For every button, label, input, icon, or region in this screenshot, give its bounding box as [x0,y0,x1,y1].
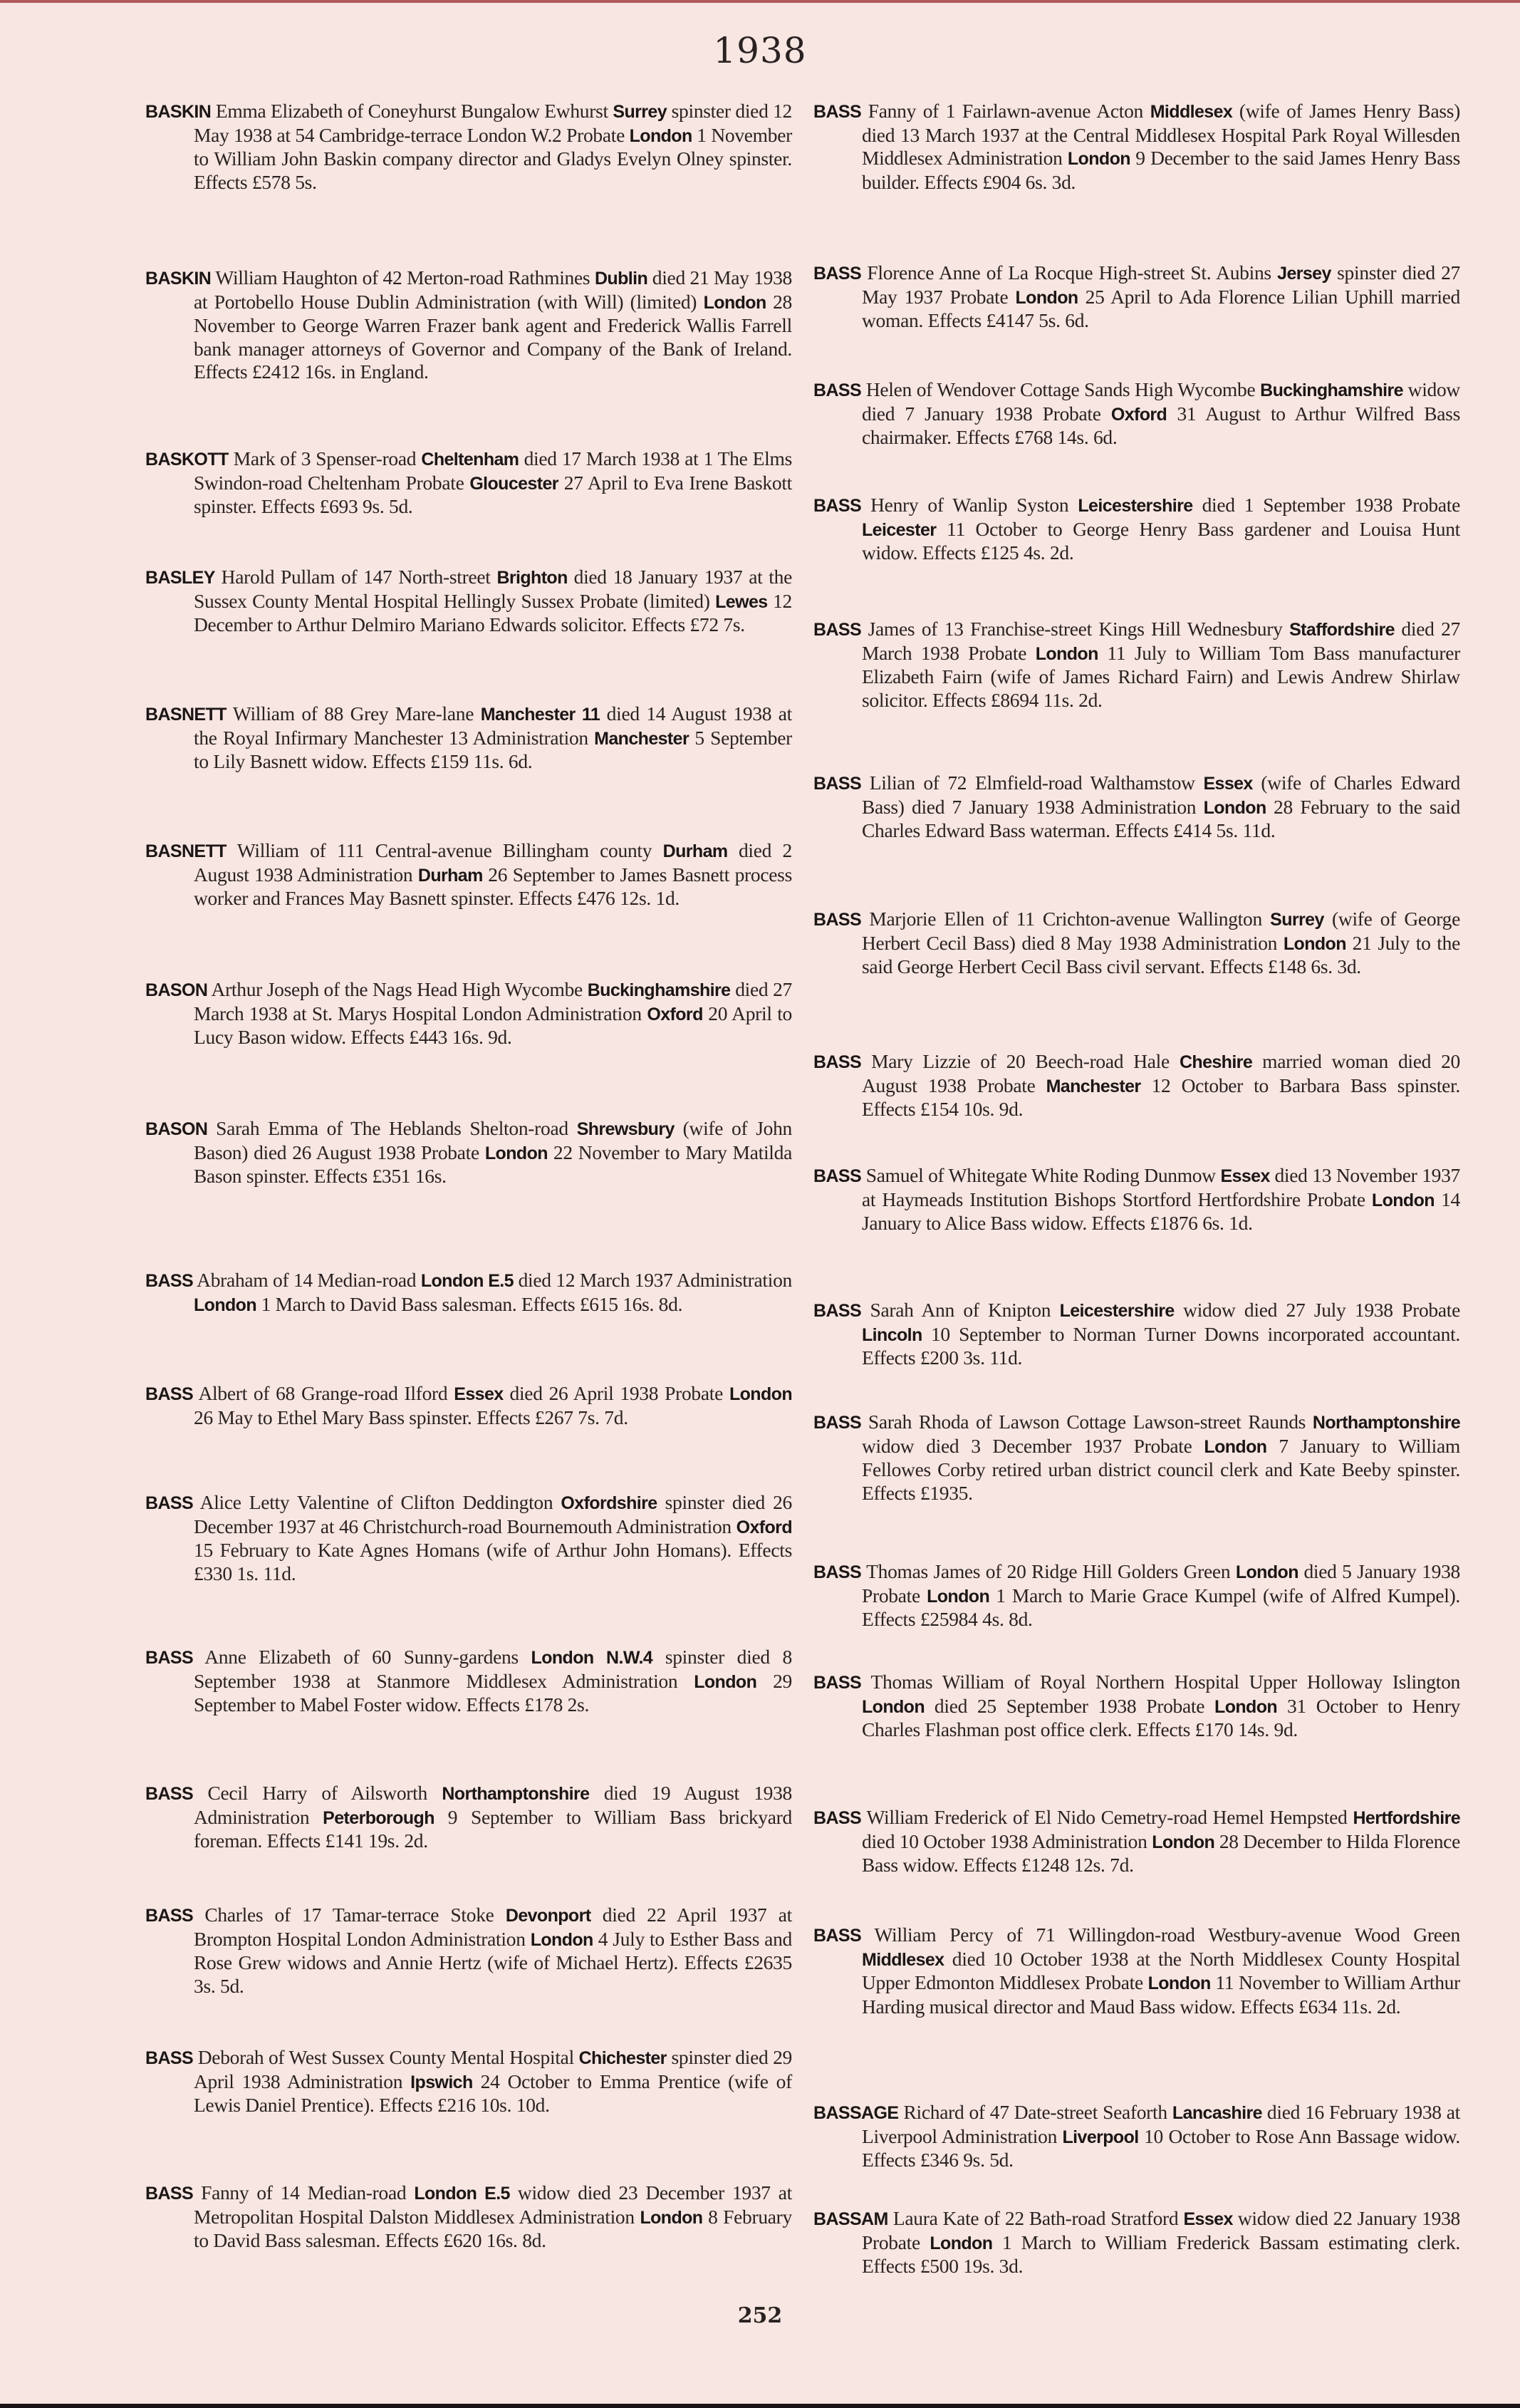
entry-surname: BASS [145,1906,193,1926]
probate-entry: BASKIN Emma Elizabeth of Coneyhurst Bung… [145,100,792,194]
entry-place-name: Ipswich [410,2072,473,2092]
bottom-border-rule [0,2404,1520,2408]
entry-place-name: Lincoln [862,1325,922,1345]
entry-place-name: Peterborough [323,1808,434,1828]
entry-place-name: Hertfordshire [1353,1808,1460,1828]
probate-entry: BASS James of 13 Franchise-street Kings … [813,618,1460,712]
entry-surname: BASLEY [145,568,215,588]
probate-entry: BASS Charles of 17 Tamar-terrace Stoke D… [145,1904,792,1998]
entry-place-name: London [1284,934,1346,954]
entry-surname: BASNETT [145,705,227,725]
entry-place-name: London [1372,1190,1435,1210]
entry-surname: BASS [145,1271,193,1291]
entry-surname: BASS [813,264,861,284]
entry-surname: BASS [813,910,861,930]
entry-place-name: Buckinghamshire [588,980,731,1000]
probate-entry: BASS Fanny of 14 Median-road London E.5 … [145,2181,792,2253]
entry-place-name: Northamptonshire [442,1784,589,1804]
entry-surname: BASKOTT [145,450,229,469]
probate-entry: BASS Marjorie Ellen of 11 Crichton-avenu… [813,908,1460,979]
entry-place-name: Gloucester [469,474,558,494]
entry-place-name: Lewes [715,592,767,612]
entry-place-name: London [1068,149,1130,169]
probate-entry: BASS Anne Elizabeth of 60 Sunny-gardens … [145,1646,792,1717]
top-border-rule [0,0,1520,3]
probate-entry: BASS Fanny of 1 Fairlawn-avenue Acton Mi… [813,100,1460,194]
entry-surname: BASS [813,1301,861,1321]
entry-surname: BASS [813,1926,861,1946]
entry-place-name: Oxfordshire [561,1493,657,1513]
entry-surname: BASS [813,102,861,122]
entry-surname: BASON [145,980,207,1000]
entry-place-name: Shrewsbury [577,1119,675,1139]
entry-surname: BASS [813,496,861,516]
entry-surname: BASS [145,1384,193,1404]
entry-place-name: Jersey [1277,264,1331,284]
entry-place-name: London [1204,798,1266,818]
probate-entry: BASS Lilian of 72 Elmfield-road Walthams… [813,772,1460,843]
probate-entry: BASS Abraham of 14 Median-road London E.… [145,1269,792,1317]
entry-place-name: London [930,2233,992,2253]
probate-entry: BASS Sarah Rhoda of Lawson Cottage Lawso… [813,1411,1460,1505]
entry-place-name: Leicestershire [1078,496,1192,516]
entry-surname: BASS [813,1413,861,1433]
entry-place-name: London [694,1672,756,1692]
entry-place-name: Leicestershire [1060,1301,1175,1321]
entry-place-name: Cheshire [1180,1052,1252,1072]
probate-entry: BASS Cecil Harry of Ailsworth Northampto… [145,1782,792,1853]
entry-surname: BASS [145,2184,193,2204]
probate-entry: BASKOTT Mark of 3 Spenser-road Cheltenha… [145,447,792,519]
probate-entry: BASS Deborah of West Sussex County Menta… [145,2046,792,2117]
entry-place-name: Leicester [862,520,936,540]
probate-entry: BASS Albert of 68 Grange-road Ilford Ess… [145,1382,792,1429]
entry-place-name: Manchester [1046,1076,1141,1096]
entry-place-name: Liverpool [1063,2127,1139,2147]
entry-place-name: Oxford [736,1517,792,1537]
probate-entry: BASS Helen of Wendover Cottage Sands Hig… [813,378,1460,450]
entry-place-name: London [1214,1697,1277,1717]
entry-place-name: London [485,1143,548,1163]
probate-entry: BASON Arthur Joseph of the Nags Head Hig… [145,978,792,1049]
entry-surname: BASS [145,1493,193,1513]
entry-place-name: London [1204,1437,1266,1457]
entry-place-name: Manchester [594,729,689,749]
entry-place-name: London [704,293,766,313]
entry-place-name: Essex [454,1384,503,1404]
entry-place-name: London [640,2208,702,2228]
entry-surname: BASS [813,380,861,400]
probate-entry: BASS Alice Letty Valentine of Clifton De… [145,1491,792,1585]
probate-entry: BASS Thomas James of 20 Ridge Hill Golde… [813,1560,1460,1631]
entry-place-name: London E.5 [421,1271,514,1291]
entry-place-name: London E.5 [414,2184,510,2204]
probate-entry: BASS William Percy of 71 Willingdon-road… [813,1924,1460,2018]
entry-surname: BASSAM [813,2209,888,2229]
entry-place-name: Buckinghamshire [1260,380,1403,400]
entry-place-name: Devonport [506,1906,591,1926]
entry-place-name: London [630,126,692,146]
entry-place-name: Oxford [647,1005,702,1024]
page-number: 252 [0,2303,1520,2328]
entry-place-name: London [1016,288,1078,308]
probate-entry: BASS Henry of Wanlip Syston Leicestershi… [813,494,1460,565]
entry-place-name: London [729,1384,792,1404]
entry-surname: BASS [145,1784,193,1804]
entry-place-name: Staffordshire [1289,620,1395,640]
entry-place-name: Essex [1221,1166,1270,1186]
entry-place-name: Middlesex [862,1950,944,1970]
entry-surname: BASS [813,1808,861,1828]
entry-place-name: Essex [1183,2209,1232,2229]
entry-place-name: Essex [1203,774,1252,794]
page-year-header: 1938 [0,30,1520,71]
entry-surname: BASNETT [145,841,227,861]
entry-place-name: Durham [418,866,483,886]
probate-entry: BASS Samuel of Whitegate White Roding Du… [813,1164,1460,1235]
probate-entry: BASSAGE Richard of 47 Date-street Seafor… [813,2101,1460,2172]
entry-surname: BASS [813,1562,861,1582]
entry-place-name: Cheltenham [421,450,519,469]
entry-surname: BASS [813,1166,861,1186]
entry-surname: BASKIN [145,102,211,122]
entry-surname: BASSAGE [813,2103,898,2123]
entry-surname: BASS [813,774,861,794]
probate-entry: BASSAM Laura Kate of 22 Bath-road Stratf… [813,2207,1460,2278]
entry-place-name: Durham [663,841,728,861]
entry-place-name: London [862,1697,925,1717]
entry-place-name: Surrey [1270,910,1324,930]
probate-entry: BASON Sarah Emma of The Heblands Shelton… [145,1117,792,1188]
entry-place-name: Surrey [613,102,667,122]
entry-place-name: Lancashire [1172,2103,1262,2123]
entry-place-name: London [1148,1973,1211,1993]
entry-place-name: Oxford [1111,405,1167,425]
entry-place-name: London [927,1587,989,1607]
entry-place-name: Northamptonshire [1313,1413,1460,1433]
entry-place-name: Manchester 11 [481,705,600,725]
entry-place-name: London [1236,1562,1298,1582]
entry-place-name: London [194,1295,256,1315]
entry-place-name: London [1152,1832,1214,1852]
entry-surname: BASS [813,1673,861,1693]
probate-entry: BASS Sarah Ann of Knipton Leicestershire… [813,1299,1460,1370]
entry-place-name: Chichester [579,2048,667,2068]
probate-entry: BASS Florence Anne of La Rocque High-str… [813,261,1460,333]
entry-place-name: Middlesex [1150,102,1232,122]
entry-surname: BASON [145,1119,207,1139]
probate-entry: BASS Mary Lizzie of 20 Beech-road Hale C… [813,1050,1460,1121]
entry-place-name: London [1036,644,1098,664]
entry-place-name: Brighton [496,568,567,588]
probate-entry: BASLEY Harold Pullam of 147 North-street… [145,566,792,637]
probate-entry: BASKIN William Haughton of 42 Merton-roa… [145,266,792,384]
probate-entry: BASNETT William of 111 Central-avenue Bi… [145,839,792,910]
entry-surname: BASS [813,1052,861,1072]
entry-surname: BASKIN [145,269,211,289]
entry-place-name: Dublin [595,269,647,289]
entry-surname: BASS [145,1648,193,1668]
entry-surname: BASS [813,620,861,640]
probate-entry: BASS Thomas William of Royal Northern Ho… [813,1671,1460,1742]
probate-entry: BASNETT William of 88 Grey Mare-lane Man… [145,702,792,774]
entry-place-name: London [531,1930,593,1950]
entry-place-name: London N.W.4 [531,1648,653,1668]
probate-entry: BASS William Frederick of El Nido Cemetr… [813,1806,1460,1877]
entry-surname: BASS [145,2048,193,2068]
